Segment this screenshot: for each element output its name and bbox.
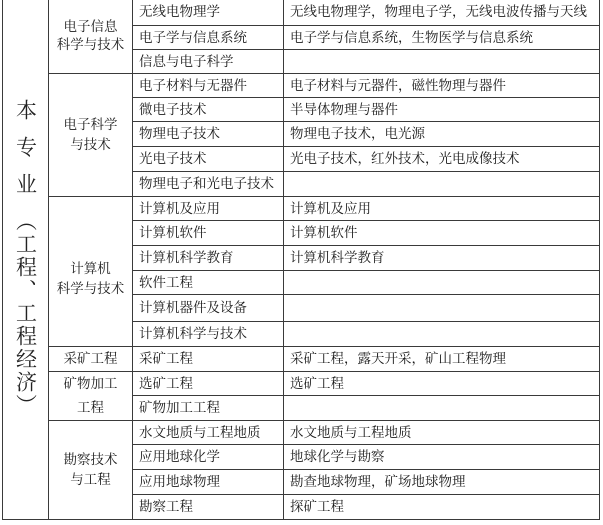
old-majors-cell <box>284 295 600 322</box>
category-name-line: 工程 <box>49 396 132 420</box>
major-cell: 光电子技术 <box>133 147 284 172</box>
major-catalog-table: 本专业（工程、工程经济） 电子信息 科学与技术 无线电物理学 无线电物理学，物理… <box>2 0 600 520</box>
major-cell: 电子材料与无器件 <box>133 74 284 98</box>
major-cell: 信息与电子科学 <box>133 50 284 74</box>
old-majors-cell: 计算机及应用 <box>284 197 600 221</box>
category-name-line: 与工程 <box>49 468 132 492</box>
level-char: （工程、工程经济） <box>14 210 38 417</box>
old-majors-cell: 物理电子技术，电光源 <box>284 122 600 147</box>
major-cell: 无线电物理学 <box>133 0 284 26</box>
major-cell: 计算机器件及设备 <box>133 295 284 322</box>
category-cell: 勘察技术 与工程 <box>49 421 133 520</box>
category-name-line: 科学与技术 <box>49 33 132 57</box>
old-majors-cell: 电子材料与元器件，磁性物理与器件 <box>284 74 600 98</box>
category-name-line: 矿物加工 <box>49 372 132 396</box>
category-name-line: 采矿工程 <box>49 347 132 371</box>
old-majors-cell <box>284 172 600 197</box>
level-char: 专 <box>14 136 38 159</box>
old-majors-cell: 勘查地球物理，矿场地球物理 <box>284 470 600 495</box>
old-majors-cell: 地球化学与勘察 <box>284 445 600 470</box>
level-label: 本专业（工程、工程经济） <box>15 99 37 417</box>
table-row: 电子科学 与技术 电子材料与无器件 电子材料与元器件，磁性物理与器件 <box>3 74 600 98</box>
old-majors-cell: 光电子技术，红外技术，光电成像技术 <box>284 147 600 172</box>
major-cell: 物理电子技术 <box>133 122 284 147</box>
table-row: 矿物加工 工程 选矿工程 选矿工程 <box>3 372 600 396</box>
old-majors-cell: 水文地质与工程地质 <box>284 421 600 445</box>
major-cell: 应用地球化学 <box>133 445 284 470</box>
old-majors-cell: 选矿工程 <box>284 372 600 396</box>
major-cell: 水文地质与工程地质 <box>133 421 284 445</box>
major-cell: 计算机科学教育 <box>133 246 284 271</box>
category-name-line: 科学与技术 <box>49 277 132 301</box>
major-cell: 矿物加工工程 <box>133 396 284 421</box>
major-cell: 勘察工程 <box>133 495 284 520</box>
old-majors-cell: 计算机科学教育 <box>284 246 600 271</box>
level-char: 本 <box>14 99 38 122</box>
old-majors-cell <box>284 396 600 421</box>
major-cell: 选矿工程 <box>133 372 284 396</box>
major-cell: 电子学与信息系统 <box>133 26 284 50</box>
category-cell: 矿物加工 工程 <box>49 372 133 421</box>
level-cell: 本专业（工程、工程经济） <box>3 0 49 520</box>
major-cell: 微电子技术 <box>133 98 284 122</box>
old-majors-cell <box>284 50 600 74</box>
category-cell: 电子科学 与技术 <box>49 74 133 197</box>
table-row: 勘察技术 与工程 水文地质与工程地质 水文地质与工程地质 <box>3 421 600 445</box>
category-cell: 计算机 科学与技术 <box>49 197 133 347</box>
old-majors-cell <box>284 322 600 347</box>
major-cell: 物理电子和光电子技术 <box>133 172 284 197</box>
table-row: 本专业（工程、工程经济） 电子信息 科学与技术 无线电物理学 无线电物理学，物理… <box>3 0 600 26</box>
major-cell: 计算机及应用 <box>133 197 284 221</box>
major-cell: 软件工程 <box>133 271 284 295</box>
level-char: 业 <box>14 173 38 196</box>
major-cell: 应用地球物理 <box>133 470 284 495</box>
old-majors-cell: 计算机软件 <box>284 221 600 246</box>
old-majors-cell: 探矿工程 <box>284 495 600 520</box>
category-name-line: 与技术 <box>49 133 132 157</box>
table-row: 采矿工程 采矿工程 采矿工程，露天开采，矿山工程物理 <box>3 347 600 372</box>
old-majors-cell: 采矿工程，露天开采，矿山工程物理 <box>284 347 600 372</box>
old-majors-cell: 半导体物理与器件 <box>284 98 600 122</box>
table-row: 计算机 科学与技术 计算机及应用 计算机及应用 <box>3 197 600 221</box>
old-majors-cell <box>284 271 600 295</box>
old-majors-cell: 电子学与信息系统，生物医学与信息系统 <box>284 26 600 50</box>
category-cell: 采矿工程 <box>49 347 133 372</box>
major-cell: 计算机科学与技术 <box>133 322 284 347</box>
old-majors-cell: 无线电物理学，物理电子学，无线电波传播与天线 <box>284 0 600 26</box>
major-cell: 采矿工程 <box>133 347 284 372</box>
major-cell: 计算机软件 <box>133 221 284 246</box>
category-cell: 电子信息 科学与技术 <box>49 0 133 74</box>
